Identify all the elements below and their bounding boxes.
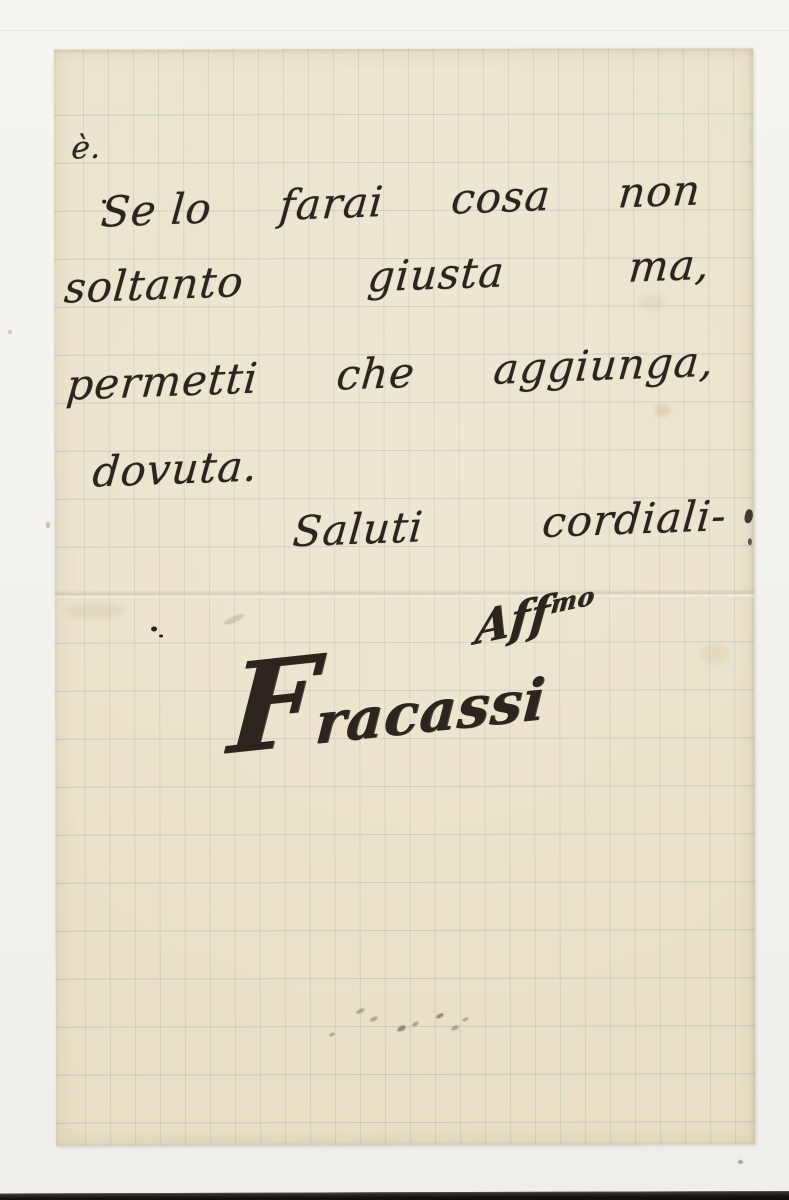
handwriting-line: Se lo farai cosa non <box>99 167 703 236</box>
handwriting-word: è. <box>70 129 103 166</box>
ink-smudge <box>462 1017 470 1022</box>
dust-speck <box>46 522 50 528</box>
fold-crease <box>55 589 754 599</box>
closing-line: Saluti cordiali- <box>291 493 729 555</box>
ink-smudge <box>396 1024 406 1032</box>
ink-smudge <box>369 1016 378 1023</box>
paper-stain <box>637 294 665 310</box>
paper-stain <box>700 644 730 664</box>
scanned-letter: è. Se lo farai cosa non soltanto giusta … <box>0 0 789 1200</box>
handwriting-line: dovuta. <box>91 443 260 495</box>
dust-speck <box>738 1160 743 1164</box>
handwriting-word: Saluti <box>291 504 425 555</box>
handwriting-word: che <box>335 350 417 399</box>
paper-stain <box>65 602 125 620</box>
letter-page: è. Se lo farai cosa non soltanto giusta … <box>54 48 755 1145</box>
handwriting-word: farai <box>278 179 386 229</box>
ink-smudge <box>435 1013 444 1020</box>
handwriting-word: soltanto <box>62 259 245 312</box>
handwriting-line: è. <box>70 130 103 165</box>
handwriting-word: giusta <box>366 249 507 300</box>
handwriting-word: cordiali- <box>540 493 728 546</box>
handwriting-word: permetti <box>65 355 261 408</box>
ink-smudge <box>450 1025 459 1032</box>
scanner-seam <box>0 29 789 31</box>
handwriting-line: permetti che aggiunga, <box>65 339 717 409</box>
ink-speck <box>151 627 157 632</box>
ink-speck <box>159 635 163 638</box>
ink-smudge <box>411 1021 419 1027</box>
handwriting-word: cosa <box>449 173 552 223</box>
handwriting-line: soltanto giusta ma, <box>62 242 712 312</box>
dust-speck <box>8 330 12 334</box>
handwriting-word: ma, <box>627 242 712 291</box>
handwriting-word: Se lo <box>99 185 214 235</box>
signature: Fracassi <box>225 614 551 772</box>
valediction-superscript: mo <box>549 580 596 620</box>
paper-stain <box>655 403 671 416</box>
ink-speck <box>748 538 752 545</box>
ink-speck <box>743 509 754 525</box>
handwriting-word: aggiunga, <box>492 339 716 394</box>
scan-edge-strip <box>0 1191 789 1200</box>
ink-smudge <box>223 612 246 626</box>
handwriting-word: non <box>616 167 702 216</box>
handwriting-word: dovuta. <box>91 441 260 496</box>
ink-smudge <box>329 1032 336 1037</box>
ink-smudge <box>355 1008 365 1015</box>
